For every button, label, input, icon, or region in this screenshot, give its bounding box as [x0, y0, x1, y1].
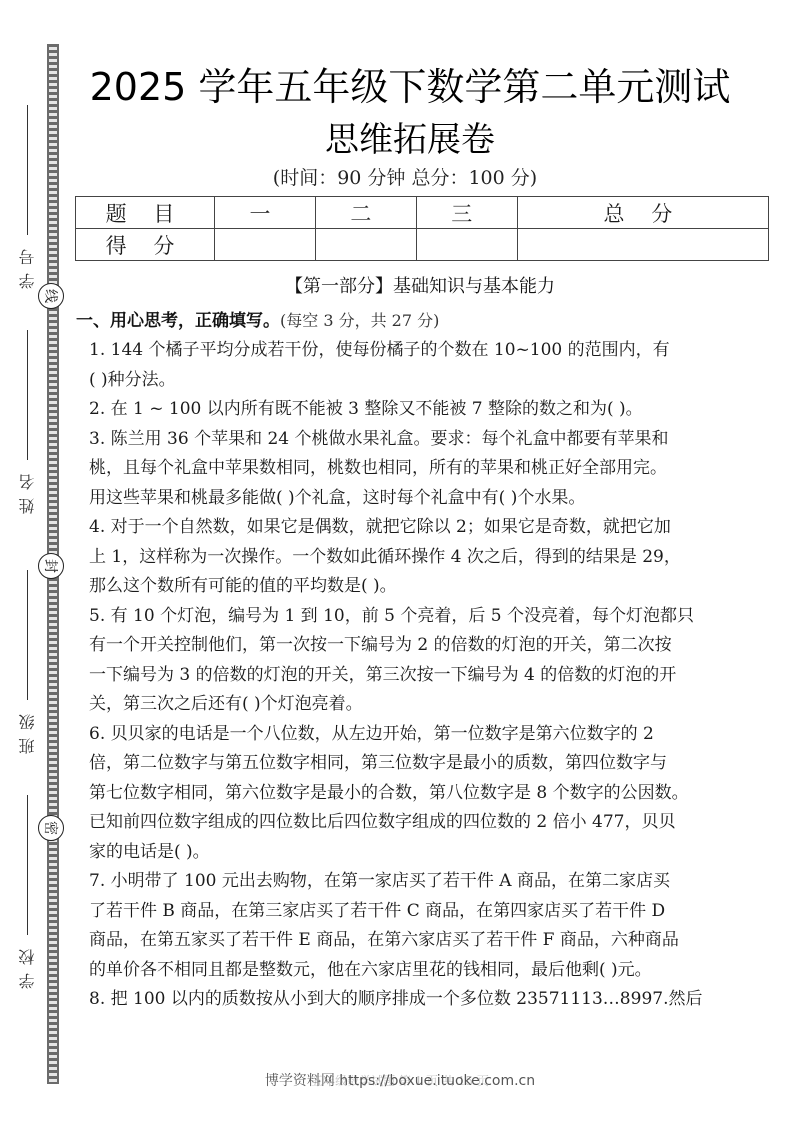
question-4: 4. 对于一个自然数，如果它是偶数，就把它除以 2；如果它是奇数，就把它加 上 …: [89, 513, 759, 602]
question-line: 4. 对于一个自然数，如果它是偶数，就把它除以 2；如果它是奇数，就把它加: [89, 513, 759, 543]
seal-mi-icon: 密: [38, 815, 64, 841]
question-line: 3. 陈兰用 36 个苹果和 24 个桃做水果礼盒。要求：每个礼盒中都要有苹果和: [89, 425, 759, 455]
question-line: 第七位数字相同，第六位数字是最小的合数，第八位数字是 8 个数字的公因数。: [89, 779, 759, 809]
question-line: 6. 贝贝家的电话是一个八位数，从左边开始，第一位数字是第六位数字的 2: [89, 720, 759, 750]
question-line: 有一个开关控制他们，第一次按一下编号为 2 的倍数的灯泡的开关，第二次按: [89, 631, 759, 661]
school-line: [27, 795, 28, 935]
school-field[interactable]: 学校: [16, 795, 39, 989]
score-cell[interactable]: [215, 229, 316, 261]
score-table-header-cell: 三: [416, 197, 517, 229]
class-line: [27, 570, 28, 700]
question-line: 用这些苹果和桃最多能做( )个礼盒，这时每个礼盒中有( )个水果。: [89, 484, 759, 514]
question-line: 1. 144 个橘子平均分成若干份，使每份橘子的个数在 10~100 的范围内，…: [89, 336, 759, 366]
page-subtitle: 思维拓展卷: [60, 112, 760, 161]
score-table-row-label: 得 分: [76, 229, 215, 261]
page-title: 2025 学年五年级下数学第二单元测试: [60, 56, 760, 111]
question-list: 1. 144 个橘子平均分成若干份，使每份橘子的个数在 10~100 的范围内，…: [89, 336, 759, 1015]
score-table-score-row: 得 分: [76, 229, 769, 261]
question-1: 1. 144 个橘子平均分成若干份，使每份橘子的个数在 10~100 的范围内，…: [89, 336, 759, 395]
question-line: 那么这个数所有可能的值的平均数是( )。: [89, 572, 759, 602]
question-line: 了若干件 B 商品，在第三家店买了若干件 C 商品，在第四家店买了若干件 D: [89, 897, 759, 927]
question-line: 关，第三次之后还有( )个灯泡亮着。: [89, 690, 759, 720]
score-table-header-cell: 题 目: [76, 197, 215, 229]
name-field[interactable]: 姓名: [16, 330, 39, 514]
score-cell[interactable]: [416, 229, 517, 261]
question-line: 5. 有 10 个灯泡，编号为 1 到 10，前 5 个亮着，后 5 个没亮着，…: [89, 602, 759, 632]
question-line: 8. 把 100 以内的质数按从小到大的顺序排成一个多位数 23571113…8…: [89, 985, 759, 1015]
question-7: 7. 小明带了 100 元出去购物，在第一家店买了若干件 A 商品，在第二家店买…: [89, 867, 759, 985]
name-line: [27, 330, 28, 460]
class-label: 班级: [16, 706, 39, 754]
name-label: 姓名: [16, 466, 39, 514]
section-title: 一、用心思考，正确填写。: [76, 311, 280, 331]
school-label: 学校: [16, 941, 39, 989]
question-8: 8. 把 100 以内的质数按从小到大的顺序排成一个多位数 23571113…8…: [89, 985, 759, 1015]
student-id-field[interactable]: 学号: [16, 105, 39, 289]
question-3: 3. 陈兰用 36 个苹果和 24 个桃做水果礼盒。要求：每个礼盒中都要有苹果和…: [89, 425, 759, 514]
question-line: 上 1，这样称为一次操作。一个数如此循环操作 4 次之后，得到的结果是 29，: [89, 543, 759, 573]
question-line: 已知前四位数字组成的四位数比后四位数字组成的四位数的 2 倍小 477，贝贝: [89, 808, 759, 838]
question-line: 的单价各不相同且都是整数元，他在六家店里花的钱相同，最后他剩( )元。: [89, 956, 759, 986]
question-line: 商品，在第五家买了若干件 E 商品，在第六家店买了若干件 F 商品，六种商品: [89, 926, 759, 956]
question-line: 倍，第二位数字与第五位数字相同，第三位数字是最小的质数，第四位数字与: [89, 749, 759, 779]
question-line: 7. 小明带了 100 元出去购物，在第一家店买了若干件 A 商品，在第二家店买: [89, 867, 759, 897]
question-line: 桃，且每个礼盒中苹果数相同，桃数也相同，所有的苹果和桃正好全部用完。: [89, 454, 759, 484]
section-note: (每空 3 分，共 27 分): [280, 311, 439, 330]
score-table-header-cell: 总 分: [517, 197, 768, 229]
score-table-header-cell: 一: [215, 197, 316, 229]
seal-feng-icon: 封: [38, 553, 64, 579]
part-heading: 【第一部分】基础知识与基本能力: [60, 272, 780, 298]
score-table-header-row: 题 目 一 二 三 总 分: [76, 197, 769, 229]
score-table-header-cell: 二: [315, 197, 416, 229]
section-heading: 一、用心思考，正确填写。(每空 3 分，共 27 分): [76, 306, 439, 331]
question-2: 2. 在 1 ~ 100 以内所有既不能被 3 整除又不能被 7 整除的数之和为…: [89, 395, 759, 425]
question-line: ( )种分法。: [89, 366, 759, 396]
question-6: 6. 贝贝家的电话是一个八位数，从左边开始，第一位数字是第六位数字的 2 倍，第…: [89, 720, 759, 868]
student-id-line: [27, 105, 28, 235]
watermark: 博学资料网 https://boxue.ituoke.com.cn: [240, 1070, 560, 1090]
score-table: 题 目 一 二 三 总 分 得 分: [75, 196, 769, 261]
question-line: 一下编号为 3 的倍数的灯泡的开关，第三次按一下编号为 4 的倍数的灯泡的开: [89, 661, 759, 691]
question-5: 5. 有 10 个灯泡，编号为 1 到 10，前 5 个亮着，后 5 个没亮着，…: [89, 602, 759, 720]
class-field[interactable]: 班级: [16, 570, 39, 754]
score-cell[interactable]: [517, 229, 768, 261]
exam-meta: (时间：90 分钟 总分：100 分): [60, 163, 750, 190]
score-cell[interactable]: [315, 229, 416, 261]
student-id-label: 学号: [16, 241, 39, 289]
question-line: 2. 在 1 ~ 100 以内所有既不能被 3 整除又不能被 7 整除的数之和为…: [89, 395, 759, 425]
question-line: 家的电话是( )。: [89, 838, 759, 868]
